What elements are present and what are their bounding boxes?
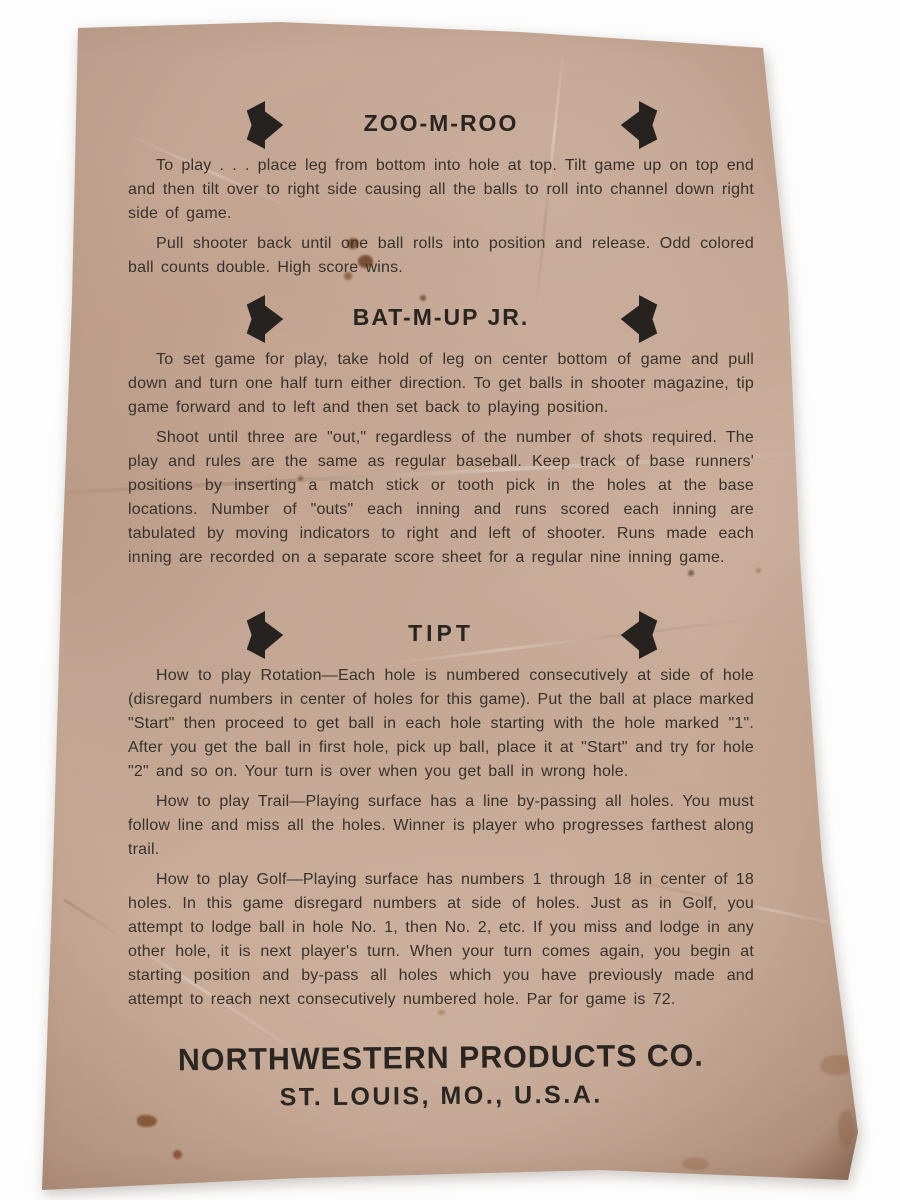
company-location: ST. LOUIS, MO., U.S.A. [128, 1079, 754, 1113]
paper-shadow-wrap: ZOO-M-ROO To play . . . place leg from b… [0, 0, 900, 1200]
section-heading-zoo-m-roo: ZOO-M-ROO [128, 98, 754, 148]
section-title: TIPT [128, 608, 754, 658]
paragraph: How to play Trail—Playing surface has a … [128, 790, 754, 862]
instruction-sheet: ZOO-M-ROO To play . . . place leg from b… [0, 0, 900, 1200]
company-name: NORTHWESTERN PRODUCTS CO. [134, 1037, 748, 1078]
section-heading-bat-m-up-jr: BAT-M-UP JR. [128, 292, 754, 342]
stain-spot [173, 1150, 182, 1159]
right-arrow-icon [244, 100, 286, 150]
section-title: BAT-M-UP JR. [128, 292, 754, 342]
section-title: ZOO-M-ROO [128, 98, 754, 148]
paragraph: How to play Rotation—Each hole is number… [128, 664, 754, 784]
sheet-content: ZOO-M-ROO To play . . . place leg from b… [128, 98, 754, 1111]
left-arrow-icon [618, 294, 660, 344]
stain-spot [820, 1055, 852, 1075]
stain-spot [838, 1110, 854, 1148]
paragraph: How to play Golf—Playing surface has num… [128, 868, 754, 1012]
folded-corner-shade [780, 1100, 870, 1195]
right-arrow-icon [244, 610, 286, 660]
section-heading-tipt: TIPT [128, 608, 754, 658]
right-arrow-icon [244, 294, 286, 344]
left-arrow-icon [618, 610, 660, 660]
paragraph: Pull shooter back until one ball rolls i… [128, 232, 754, 280]
stain-spot [137, 1115, 157, 1127]
paragraph: To play . . . place leg from bottom into… [128, 154, 754, 226]
left-arrow-icon [618, 100, 660, 150]
footer: NORTHWESTERN PRODUCTS CO. ST. LOUIS, MO.… [128, 1037, 755, 1113]
paragraph: To set game for play, take hold of leg o… [128, 348, 754, 420]
stain-spot [682, 1158, 708, 1170]
stain-spot [756, 568, 761, 573]
photo-background: ZOO-M-ROO To play . . . place leg from b… [0, 0, 900, 1200]
paragraph: Shoot until three are "out," regardless … [128, 426, 754, 570]
